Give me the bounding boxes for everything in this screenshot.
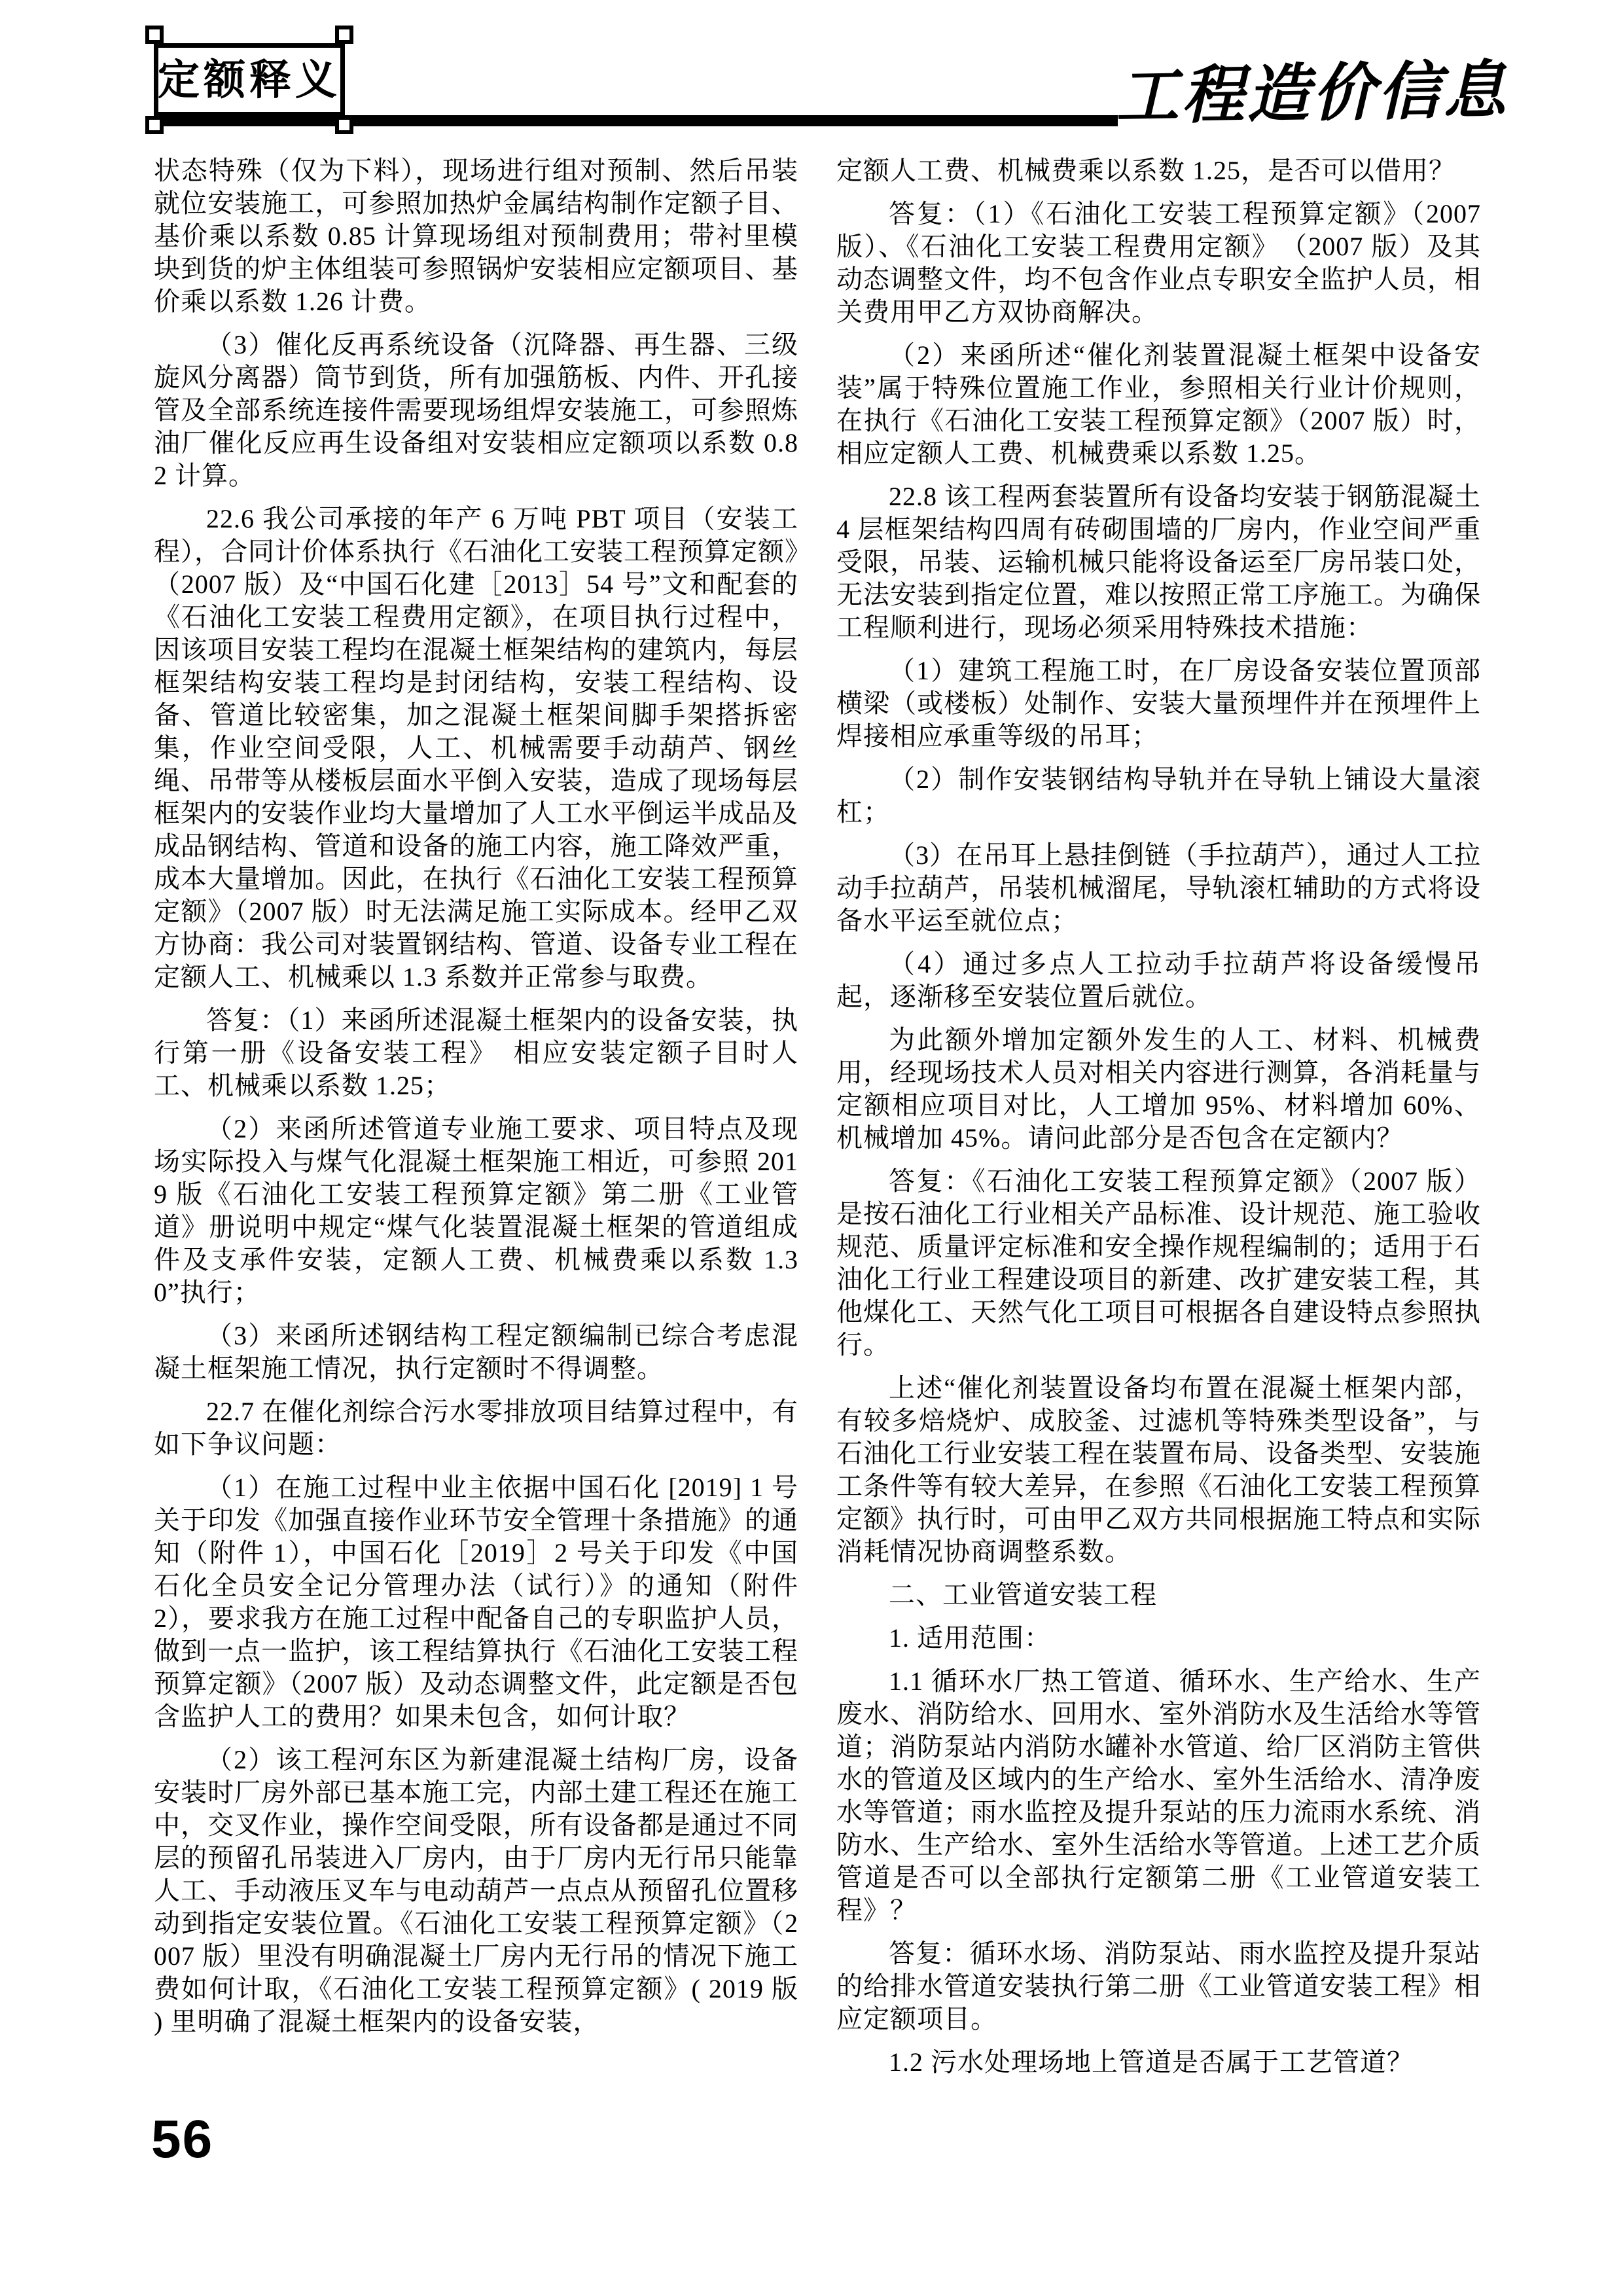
section-badge-label: 定额释义	[158, 59, 341, 101]
paragraph: （1）在施工过程中业主依据中国石化 [2019] 1 号关于印发《加强直接作业环…	[154, 1471, 798, 1733]
paragraph: （3）来函所述钢结构工程定额编制已综合考虑混凝土框架施工情况，执行定额时不得调整…	[154, 1319, 798, 1385]
paragraph: （3）催化反再系统设备（沉降器、再生器、三级旋风分离器）筒节到货，所有加强筋板、…	[154, 329, 798, 492]
paragraph: 22.7 在催化剂综合污水零排放项目结算过程中，有如下争议问题：	[154, 1395, 798, 1461]
paragraph: 1. 适用范围：	[836, 1622, 1481, 1655]
paragraph: （4）通过多点人工拉动手拉葫芦将设备缓慢吊起，逐渐移至安装位置后就位。	[836, 948, 1481, 1013]
paragraph: 答复：循环水场、消防泵站、雨水监控及提升泵站的给排水管道安装执行第二册《工业管道…	[836, 1937, 1481, 2036]
header-rule	[154, 115, 1118, 126]
paragraph: （2）来函所述“催化剂装置混凝土框架中设备安装”属于特殊位置施工作业，参照相关行…	[836, 339, 1481, 470]
paragraph: 1.2 污水处理场地上管道是否属于工艺管道？	[836, 2046, 1481, 2079]
paragraph: 上述“催化剂装置设备均布置在混凝土框架内部，有较多焙烧炉、成胶釜、过滤机等特殊类…	[836, 1372, 1481, 1568]
paragraph: 二、工业管道安装工程	[836, 1579, 1481, 1611]
paragraph: 答复：《石油化工安装工程预算定额》（2007 版）是按石油化工行业相关产品标准、…	[836, 1165, 1481, 1361]
paragraph: （2）该工程河东区为新建混凝土结构厂房，设备安装时厂房外部已基本施工完，内部土建…	[154, 1744, 798, 2038]
badge-ornament-square	[145, 116, 164, 134]
paragraph: 答复：（1）《石油化工安装工程预算定额》（2007 版）、《石油化工安装工程费用…	[836, 198, 1481, 329]
badge-ornament-square	[145, 26, 164, 44]
paragraph: 定额人工费、机械费乘以系数 1.25，是否可以借用？	[836, 154, 1481, 187]
paragraph: 22.8 该工程两套装置所有设备均安装于钢筋混凝土 4 层框架结构四周有砖砌围墙…	[836, 480, 1481, 644]
paragraph: （2）来函所述管道专业施工要求、项目特点及现场实际投入与煤气化混凝土框架施工相近…	[154, 1113, 798, 1309]
paragraph: 1.1 循环水厂热工管道、循环水、生产给水、生产废水、消防给水、回用水、室外消防…	[836, 1665, 1481, 1927]
section-badge: 定额释义	[154, 43, 345, 117]
magazine-page: 定额释义 工程造价信息 状态特殊（仅为下料），现场进行组对预制、然后吊装就位安装…	[0, 0, 1623, 2296]
page-number: 56	[151, 2113, 213, 2166]
left-column: 状态特殊（仅为下料），现场进行组对预制、然后吊装就位安装施工，可参照加热炉金属结…	[154, 154, 798, 2089]
body-columns: 状态特殊（仅为下料），现场进行组对预制、然后吊装就位安装施工，可参照加热炉金属结…	[154, 154, 1481, 2089]
masthead-title: 工程造价信息	[1115, 60, 1483, 129]
paragraph: 为此额外增加定额外发生的人工、材料、机械费用，经现场技术人员对相关内容进行测算，…	[836, 1024, 1481, 1155]
paragraph: 22.6 我公司承接的年产 6 万吨 PBT 项目（安装工程），合同计价体系执行…	[154, 503, 798, 994]
paragraph: 状态特殊（仅为下料），现场进行组对预制、然后吊装就位安装施工，可参照加热炉金属结…	[154, 154, 798, 318]
right-column: 定额人工费、机械费乘以系数 1.25，是否可以借用？答复：（1）《石油化工安装工…	[836, 154, 1481, 2089]
paragraph: 答复：（1）来函所述混凝土框架内的设备安装，执行第一册《设备安装工程》 相应安装…	[154, 1004, 798, 1102]
paragraph: （1）建筑工程施工时，在厂房设备安装位置顶部横梁（或楼板）处制作、安装大量预埋件…	[836, 655, 1481, 753]
badge-ornament-square	[335, 116, 353, 134]
paragraph: （2）制作安装钢结构导轨并在导轨上铺设大量滚杠；	[836, 763, 1481, 829]
paragraph: （3）在吊耳上悬挂倒链（手拉葫芦），通过人工拉动手拉葫芦，吊装机械溜尾，导轨滚杠…	[836, 839, 1481, 937]
badge-ornament-square	[335, 26, 353, 44]
